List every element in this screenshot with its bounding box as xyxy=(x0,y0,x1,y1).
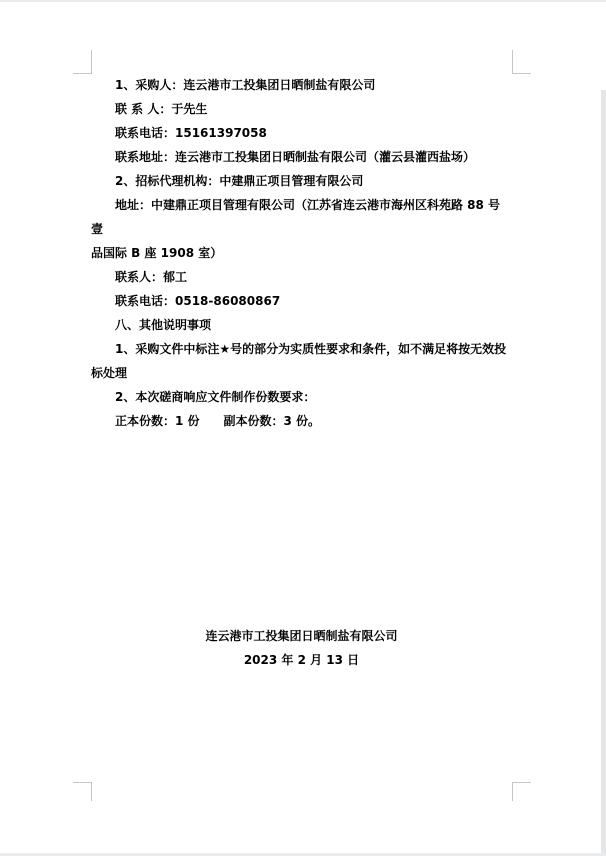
paragraph-line: 2、招标代理机构：中建鼎正项目管理有限公司 xyxy=(91,169,512,193)
paragraph-list: 1、采购人：连云港市工投集团日晒制盐有限公司联 系 人：于先生联系电话：1516… xyxy=(91,73,512,433)
signature-company: 连云港市工投集团日晒制盐有限公司 xyxy=(91,624,512,648)
page-margin-mark-top-right xyxy=(512,50,531,74)
signature-block: 连云港市工投集团日晒制盐有限公司 2023 年 2 月 13 日 xyxy=(91,624,512,672)
document-viewer: 1、采购人：连云港市工投集团日晒制盐有限公司联 系 人：于先生联系电话：1516… xyxy=(0,0,606,856)
scrollbar-track[interactable] xyxy=(601,90,606,853)
paragraph-line: 联系地址：连云港市工投集团日晒制盐有限公司（灌云县灌西盐场） xyxy=(91,145,512,169)
page-margin-mark-top-left xyxy=(73,50,92,74)
paragraph-line: 1、采购人：连云港市工投集团日晒制盐有限公司 xyxy=(91,73,512,97)
window-border-top xyxy=(0,0,606,2)
page-margin-mark-bottom-right xyxy=(512,782,531,801)
signature-date: 2023 年 2 月 13 日 xyxy=(91,648,512,672)
paragraph-line: 联 系 人：于先生 xyxy=(91,97,512,121)
paragraph-line: 联系人：郁工 xyxy=(91,265,512,289)
paragraph-line: 联系电话：0518-86080867 xyxy=(91,289,512,313)
page-margin-mark-bottom-left xyxy=(73,782,92,801)
paragraph-line: 2、本次磋商响应文件制作份数要求： xyxy=(91,385,512,409)
document-content: 1、采购人：连云港市工投集团日晒制盐有限公司联 系 人：于先生联系电话：1516… xyxy=(91,73,512,672)
paragraph-line: 联系电话：15161397058 xyxy=(91,121,512,145)
paragraph-line: 正本份数：1 份 副本份数：3 份。 xyxy=(91,409,512,433)
paragraph-line: 八、其他说明事项 xyxy=(91,313,512,337)
paragraph-line: 1、采购文件中标注★号的部分为实质性要求和条件，如不满足将按无效投 标处理 xyxy=(91,337,512,385)
paragraph-line: 地址：中建鼎正项目管理有限公司（江苏省连云港市海州区科苑路 88 号 壹 品国际… xyxy=(91,193,512,265)
